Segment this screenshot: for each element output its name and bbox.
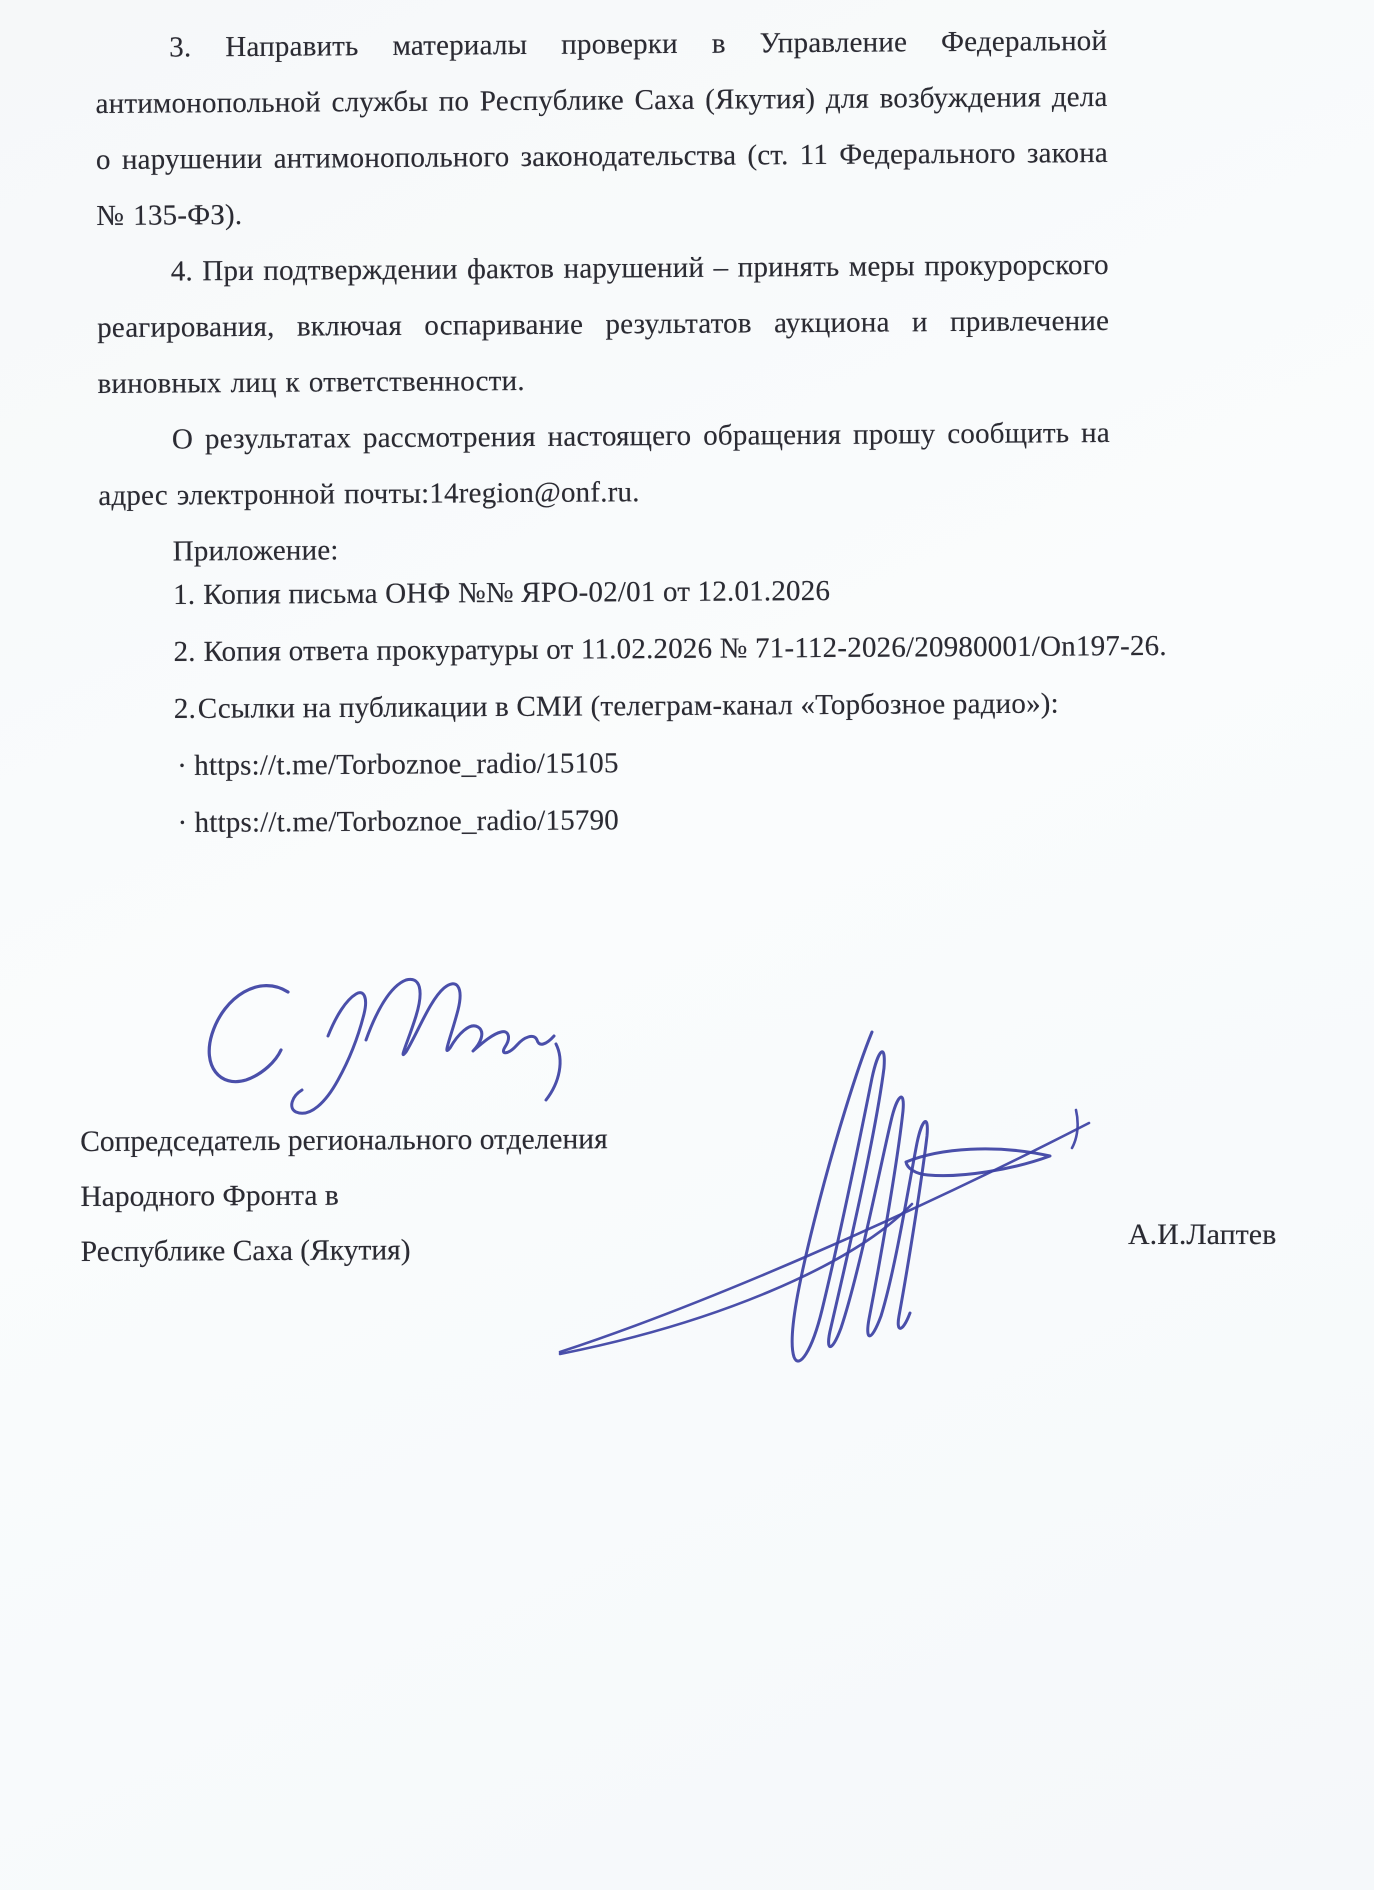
signature-title-block: Сопредседатель регионального отделения Н… bbox=[80, 1112, 608, 1280]
ink-stroke bbox=[292, 993, 366, 1114]
attachment-text: Ссылки на публикации в СМИ (телеграм-кан… bbox=[198, 688, 1059, 725]
attachment-marker: 2. bbox=[173, 624, 203, 681]
ink-stroke bbox=[209, 986, 288, 1082]
link-row: ·https://t.me/Torboznoe_radio/15790 bbox=[174, 789, 1168, 852]
attachment-row: 1.Копия письма ОНФ №№ ЯРО-02/01 от 12.01… bbox=[173, 561, 1167, 624]
attachment-marker: 1. bbox=[173, 567, 203, 624]
paragraph-item-3: 3. Направить материалы проверки в Управл… bbox=[95, 13, 1109, 244]
link-row: ·https://t.me/Torboznoe_radio/15105 bbox=[174, 732, 1168, 795]
signature-title-line: Республике Саха (Якутия) bbox=[81, 1222, 609, 1280]
bullet-marker: · bbox=[174, 738, 194, 795]
attachment-text: Копия ответа прокуратуры от 11.02.2026 №… bbox=[203, 630, 1166, 668]
signature-scrawl bbox=[540, 1010, 1110, 1380]
paragraph-item-4: 4. При подтверждении фактов нарушений – … bbox=[97, 237, 1110, 412]
attachment-row: 2.Копия ответа прокуратуры от 11.02.2026… bbox=[173, 618, 1167, 681]
attachment-marker: 2. bbox=[174, 681, 198, 738]
paragraph-results-request: О результатах рассмотрения настоящего об… bbox=[98, 405, 1111, 524]
bullet-marker: · bbox=[174, 795, 194, 852]
scanned-letter-page: 3. Направить материалы проверки в Управл… bbox=[0, 0, 1374, 1890]
signature-title-line: Сопредседатель регионального отделения bbox=[80, 1112, 608, 1170]
ink-stroke bbox=[560, 1123, 1089, 1352]
link-text: https://t.me/Torboznoe_radio/15105 bbox=[194, 747, 619, 782]
ink-stroke bbox=[792, 1032, 927, 1361]
signer-name: А.И.Лаптев bbox=[1128, 1218, 1276, 1251]
document-body: 3. Направить материалы проверки в Управл… bbox=[95, 13, 1111, 580]
link-text: https://t.me/Torboznoe_radio/15790 bbox=[194, 804, 619, 839]
ink-stroke bbox=[366, 979, 554, 1054]
ink-stroke bbox=[560, 1204, 912, 1354]
attachments-list: 1.Копия письма ОНФ №№ ЯРО-02/01 от 12.01… bbox=[173, 561, 1168, 852]
signature-title-line: Народного Фронта в bbox=[80, 1167, 608, 1225]
attachment-text: Копия письма ОНФ №№ ЯРО-02/01 от 12.01.2… bbox=[203, 575, 830, 611]
attachment-row: 2.Ссылки на публикации в СМИ (телеграм-к… bbox=[174, 675, 1168, 738]
